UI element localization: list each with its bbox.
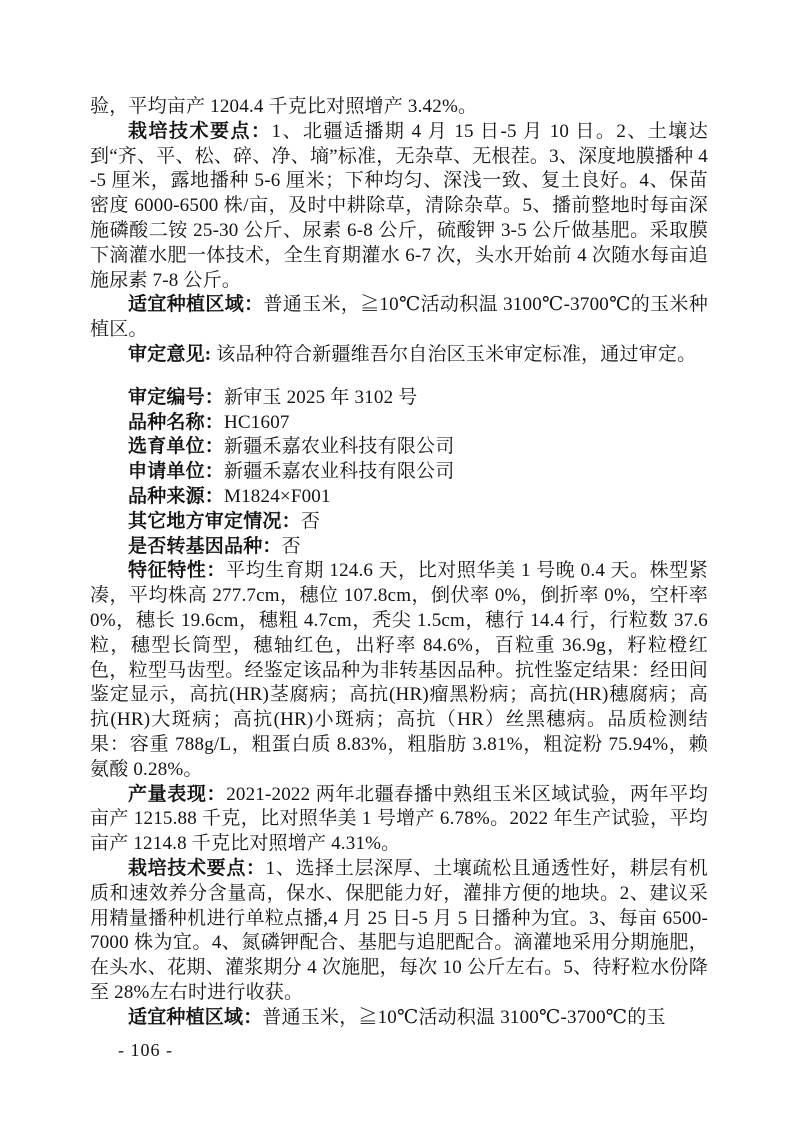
para-characteristics: 特征特性：平均生育期 124.6 天，比对照华美 1 号晚 0.4 天。株型紧凑… [90,559,708,782]
text-run: 否 [282,536,301,557]
text-run: M1824×F001 [224,486,331,507]
field-label: 其它地方审定情况： [128,511,301,532]
text-run: 平均生育期 124.6 天，比对照华美 1 号晚 0.4 天。株型紧凑，平均株高… [90,560,708,779]
field-variety-origin: 品种来源：M1824×F001 [90,485,708,510]
para-cultivation-points-2: 栽培技术要点：1、选择土层深厚、土壤疏松且通透性好，耕层有机质和速效养分含量高，… [90,857,708,1006]
para-suitable-region-1: 适宜种植区域：普通玉米，≧10℃活动积温 3100℃-3700℃的玉米种植区。 [90,293,708,343]
field-variety-name: 品种名称：HC1607 [90,411,708,436]
document-page: 验，平均亩产 1204.4 千克比对照增产 3.42%。栽培技术要点：1、北疆适… [0,0,793,1122]
text-run: 1、选择土层深厚、土壤疏松且通透性好，耕层有机质和速效养分含量高，保水、保肥能力… [90,858,708,1003]
text-run: 新疆禾嘉农业科技有限公司 [224,436,454,457]
field-gmo-status: 是否转基因品种：否 [90,535,708,560]
field-breeder-unit: 选育单位：新疆禾嘉农业科技有限公司 [90,435,708,460]
field-label: 审定意见: [128,344,211,365]
field-label: 栽培技术要点： [128,858,266,879]
page-number: - 106 - [118,1040,173,1060]
field-label: 申请单位： [128,461,224,482]
field-other-region-approval: 其它地方审定情况：否 [90,510,708,535]
field-applicant-unit: 申请单位：新疆禾嘉农业科技有限公司 [90,460,708,485]
para-cultivation-points-1: 栽培技术要点：1、北疆适播期 4 月 15 日-5 月 10 日。2、土壤达到“… [90,120,708,294]
text-run: 否 [301,511,320,532]
field-label: 特征特性： [128,560,226,581]
para-suitable-region-2: 适宜种植区域：普通玉米，≧10℃活动积温 3100℃-3700℃的玉 [90,1006,708,1031]
document-body: 验，平均亩产 1204.4 千克比对照增产 3.42%。栽培技术要点：1、北疆适… [90,95,708,1030]
text-run: 新审玉 2025 年 3102 号 [224,387,417,408]
text-run: 验，平均亩产 1204.4 千克比对照增产 3.42%。 [90,96,477,117]
text-run: 1、北疆适播期 4 月 15 日-5 月 10 日。2、土壤达到“齐、平、松、碎… [90,121,708,291]
text-run: HC1607 [224,412,290,433]
field-label: 栽培技术要点： [128,121,271,142]
field-label: 选育单位： [128,436,224,457]
para-approval-opinion: 审定意见: 该品种符合新疆维吾尔自治区玉米审定标准，通过审定。 [90,343,708,368]
field-label: 审定编号： [128,387,224,408]
para-yield-continuation: 验，平均亩产 1204.4 千克比对照增产 3.42%。 [90,95,708,120]
field-label: 是否转基因品种： [128,536,282,557]
field-label: 品种名称： [128,412,224,433]
field-approval-number: 审定编号：新审玉 2025 年 3102 号 [90,386,708,411]
field-label: 适宜种植区域： [128,294,263,315]
para-yield-performance: 产量表现：2021-2022 两年北疆春播中熟组玉米区域试验，两年平均亩产 12… [90,783,708,857]
text-run: 普通玉米，≧10℃活动积温 3100℃-3700℃的玉 [262,1007,665,1028]
section-gap [90,368,708,386]
field-label: 品种来源： [128,486,224,507]
field-label: 产量表现： [128,784,226,805]
text-run: 新疆禾嘉农业科技有限公司 [224,461,454,482]
text-run: 该品种符合新疆维吾尔自治区玉米审定标准，通过审定。 [211,344,696,365]
field-label: 适宜种植区域： [128,1007,262,1028]
